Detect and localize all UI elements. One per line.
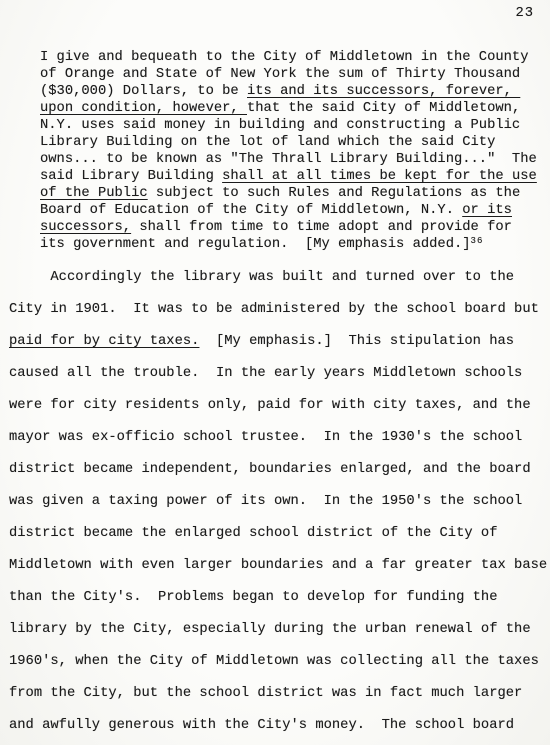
text-line: N.Y. uses said money in building and con…	[40, 117, 545, 134]
text-segment: was given a taxing power of its own. In …	[9, 494, 522, 509]
text-segment: its government and regulation. [My empha…	[40, 237, 471, 252]
text-line: successors, shall from time to time adop…	[40, 219, 545, 236]
text-segment: N.Y. uses said money in building and con…	[40, 118, 520, 133]
text-segment: Board of Education of the City of Middle…	[40, 203, 462, 218]
text-segment: of Orange and State of New York the sum …	[40, 67, 520, 82]
text-segment: City in 1901. It was to be administered …	[9, 302, 539, 317]
text-line: caused all the trouble. In the early yea…	[9, 358, 550, 390]
text-line: ($30,000) Dollars, to be its and its suc…	[40, 83, 545, 100]
text-segment: that the said City of Middletown,	[247, 101, 520, 116]
text-line: 1960's, when the City of Middletown was …	[9, 646, 550, 678]
text-segment: district became the enlarged school dist…	[9, 526, 498, 541]
text-line: from the City, but the school district w…	[9, 678, 550, 710]
text-segment: Library Building on the lot of land whic…	[40, 135, 495, 150]
text-line: City in 1901. It was to be administered …	[9, 294, 550, 326]
text-line: upon condition, however, that the said C…	[40, 100, 545, 117]
text-line: Middletown with even larger boundaries a…	[9, 550, 550, 582]
text-segment: subject to such Rules and Regulations as…	[148, 186, 521, 201]
text-segment: and awfully generous with the City's mon…	[9, 718, 514, 733]
text-line: Board of Education of the City of Middle…	[40, 202, 545, 219]
text-segment: district became independent, boundaries …	[9, 462, 531, 477]
text-line: its government and regulation. [My empha…	[40, 236, 545, 253]
text-line: owns... to be known as "The Thrall Libra…	[40, 151, 545, 168]
text-line: were for city residents only, paid for w…	[9, 390, 550, 422]
footnote-ref: 36	[471, 236, 484, 246]
text-segment: than the City's. Problems began to devel…	[9, 590, 498, 605]
text-segment: from the City, but the school district w…	[9, 686, 522, 701]
text-line: than the City's. Problems began to devel…	[9, 582, 550, 614]
text-line: I give and bequeath to the City of Middl…	[40, 49, 545, 66]
text-segment: ($30,000) Dollars, to be	[40, 84, 247, 99]
blockquote: I give and bequeath to the City of Middl…	[40, 49, 545, 253]
underlined-text: upon condition, however,	[40, 101, 247, 116]
page-number: 23	[515, 6, 534, 21]
text-segment: shall from time to time adopt and provid…	[131, 220, 512, 235]
text-segment: Accordingly the library was built and tu…	[9, 270, 514, 285]
text-line: was given a taxing power of its own. In …	[9, 486, 550, 518]
text-line: district became the enlarged school dist…	[9, 518, 550, 550]
text-line: of Orange and State of New York the sum …	[40, 66, 545, 83]
underlined-text: successors,	[40, 220, 131, 235]
underlined-text: paid for by city taxes.	[9, 334, 199, 349]
document-page: 23 I give and bequeath to the City of Mi…	[0, 0, 550, 745]
body-paragraph: Accordingly the library was built and tu…	[9, 262, 550, 742]
text-segment: caused all the trouble. In the early yea…	[9, 366, 522, 381]
text-line: paid for by city taxes. [My emphasis.] T…	[9, 326, 550, 358]
text-segment: were for city residents only, paid for w…	[9, 398, 531, 413]
text-line: of the Public subject to such Rules and …	[40, 185, 545, 202]
text-segment: Middletown with even larger boundaries a…	[9, 558, 547, 573]
text-segment: 1960's, when the City of Middletown was …	[9, 654, 539, 669]
text-segment: library by the City, especially during t…	[9, 622, 531, 637]
text-line: library by the City, especially during t…	[9, 614, 550, 646]
text-line: district became independent, boundaries …	[9, 454, 550, 486]
underlined-text: or its	[462, 203, 512, 218]
text-segment: I give and bequeath to the City of Middl…	[40, 50, 529, 65]
text-line: mayor was ex-officio school trustee. In …	[9, 422, 550, 454]
text-line: Accordingly the library was built and tu…	[9, 262, 550, 294]
text-segment: owns... to be known as "The Thrall Libra…	[40, 152, 537, 167]
text-segment: said Library Building	[40, 169, 222, 184]
underlined-text: of the Public	[40, 186, 148, 201]
underlined-text: shall at all times be kept for the use	[222, 169, 537, 184]
text-segment: [My emphasis.] This stipulation has	[199, 334, 514, 349]
text-line: said Library Building shall at all times…	[40, 168, 545, 185]
text-segment: mayor was ex-officio school trustee. In …	[9, 430, 522, 445]
text-line: and awfully generous with the City's mon…	[9, 710, 550, 742]
underlined-text: its and its successors, forever,	[247, 84, 520, 99]
text-line: Library Building on the lot of land whic…	[40, 134, 545, 151]
